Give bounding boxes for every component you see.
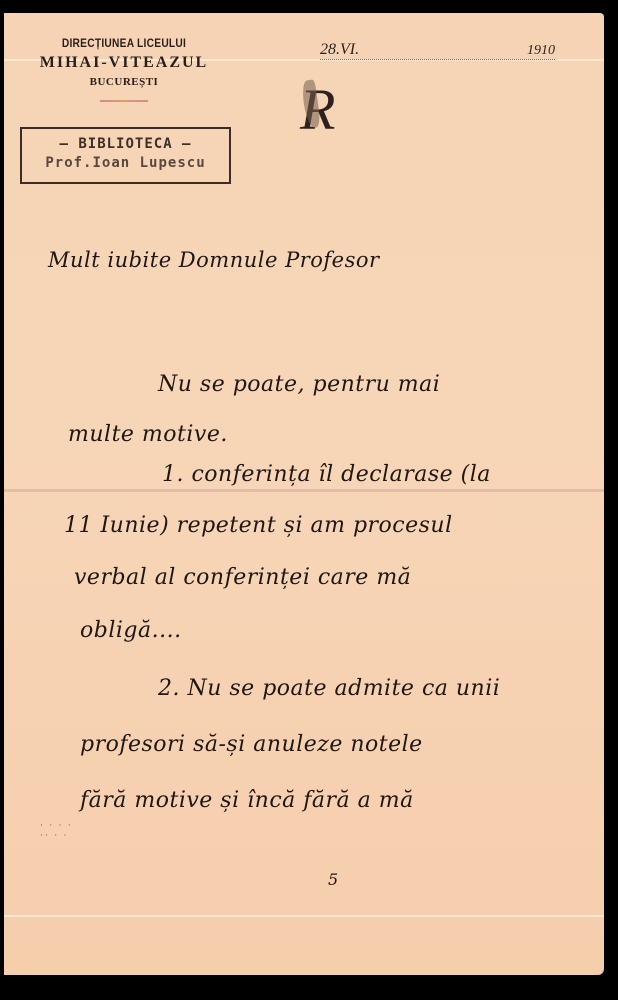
letter-line-8: profesori să-și anuleze notele: [80, 732, 423, 757]
letter-line-3: 1. conferința îl declarase (la: [162, 462, 491, 487]
letter-line-4: 11 Iunie) repetent și am procesul: [64, 513, 453, 538]
letterhead-city: BUCUREȘTI: [20, 76, 228, 88]
letter-line-7: 2. Nu se poate admite ca unii: [158, 676, 500, 701]
letter-line-9: fără motive și încă fără a mă: [80, 788, 414, 813]
page-footer-mark: 5: [328, 870, 339, 889]
letter-line-1: Nu se poate, pentru mai: [158, 372, 440, 397]
date-day-month: 28.VI.: [320, 41, 359, 59]
stamp-line-1: — BIBLIOTECA —: [22, 136, 229, 152]
paper-fold-middle: [4, 489, 604, 492]
letter-line-6: obligă....: [80, 618, 182, 643]
annotation-mark: R: [300, 76, 335, 143]
paper-fold-bottom: [4, 915, 604, 917]
date-year: 1910: [527, 43, 555, 59]
letterhead: DIRECȚIUNEA LICEULUI MIHAI-VITEAZUL BUCU…: [20, 36, 228, 102]
letter-line-2: multe motive.: [68, 422, 228, 447]
letter-line-5: verbal al conferinței care mă: [74, 565, 411, 590]
letterhead-line-1: DIRECȚIUNEA LICEULUI: [36, 36, 213, 50]
library-stamp: — BIBLIOTECA — Prof.Ioan Lupescu: [20, 127, 231, 184]
salutation: Mult iubite Domnule Profesor: [48, 248, 380, 272]
date-line: 28.VI. 1910: [320, 43, 555, 60]
stamp-line-2: Prof.Ioan Lupescu: [22, 155, 229, 171]
letterhead-school-name: MIHAI-VITEAZUL: [20, 54, 228, 72]
letterhead-divider: [100, 100, 148, 102]
ink-specks: · · · ··· · ·: [40, 820, 73, 840]
